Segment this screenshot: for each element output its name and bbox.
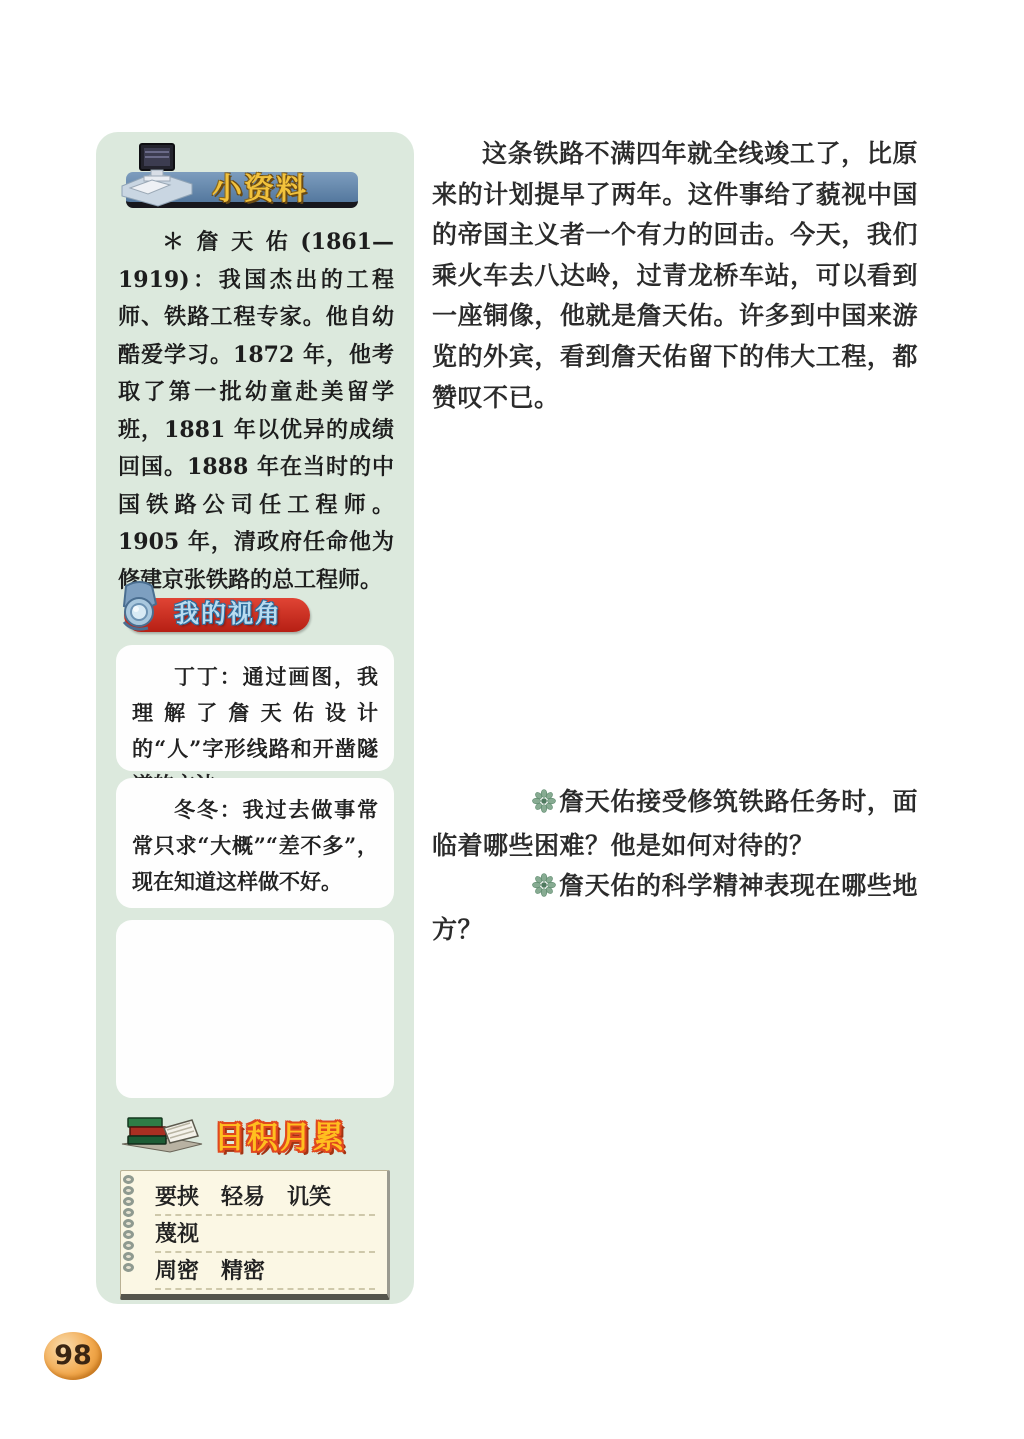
spiral-ring (123, 1197, 134, 1206)
vocabulary-row: 要挟 轻易 讥笑 (155, 1179, 375, 1216)
viewpoint-note-dingding: 丁丁：通过画图，我理解了詹天佑设计的“人”字形线路和开凿隧道的方法。 (116, 645, 394, 771)
flower-icon (482, 869, 556, 910)
viewer-icon (112, 578, 168, 641)
spiral-ring (123, 1186, 134, 1195)
question-item: 詹天佑的科学精神表现在哪些地方？ (432, 866, 918, 950)
vocabulary-rows: 要挟 轻易 讥笑 蔑视 周密 精密 (155, 1179, 375, 1290)
note-text: 冬冬：我过去做事常常只求“大概”“差不多”，现在知道这样做不好。 (116, 778, 394, 900)
viewpoint-note-dongdong: 冬冬：我过去做事常常只求“大概”“差不多”，现在知道这样做不好。 (116, 778, 394, 908)
viewpoint-note-empty (116, 920, 394, 1098)
spiral-ring (123, 1230, 134, 1239)
vocabulary-notepad: 要挟 轻易 讥笑 蔑视 周密 精密 (120, 1170, 390, 1300)
spiral-ring (123, 1252, 134, 1261)
accumulate-section-title: 日积月累 (214, 1112, 346, 1157)
question-item: 詹天佑接受修筑铁路任务时，面临着哪些困难？他是如何对待的？ (432, 782, 918, 866)
computer-icon (118, 142, 196, 213)
discussion-questions: 詹天佑接受修筑铁路任务时，面临着哪些困难？他是如何对待的？ 詹天佑的科学精神表现… (432, 782, 918, 950)
info-section-body: ＊詹天佑(1861—1919)：我国杰出的工程师、铁路工程专家。他自幼酷爱学习。… (118, 224, 394, 599)
viewpoint-section-header: 我的视角 (124, 598, 310, 632)
flower-icon (482, 785, 556, 826)
spiral-ring (123, 1263, 134, 1272)
spiral-ring (123, 1241, 134, 1250)
info-section-title: 小资料 (212, 164, 308, 208)
lesson-paragraph: 这条铁路不满四年就全线竣工了，比原来的计划提早了两年。这件事给了藐视中国的帝国主… (432, 134, 918, 418)
spiral-ring (123, 1208, 134, 1217)
vocabulary-row: 蔑视 (155, 1216, 375, 1253)
page-number-badge: 98 (44, 1332, 102, 1380)
accumulate-section-header: 日积月累 (120, 1110, 346, 1159)
spiral-ring (123, 1219, 134, 1228)
books-icon (120, 1110, 204, 1159)
spiral-ring (123, 1175, 134, 1184)
vocabulary-row: 周密 精密 (155, 1253, 375, 1290)
sidebar-panel: 小资料 ＊詹天佑(1861—1919)：我国杰出的工程师、铁路工程专家。他自幼酷… (96, 132, 414, 1304)
spiral-binding (123, 1175, 134, 1272)
info-section-header: 小资料 (126, 172, 358, 208)
